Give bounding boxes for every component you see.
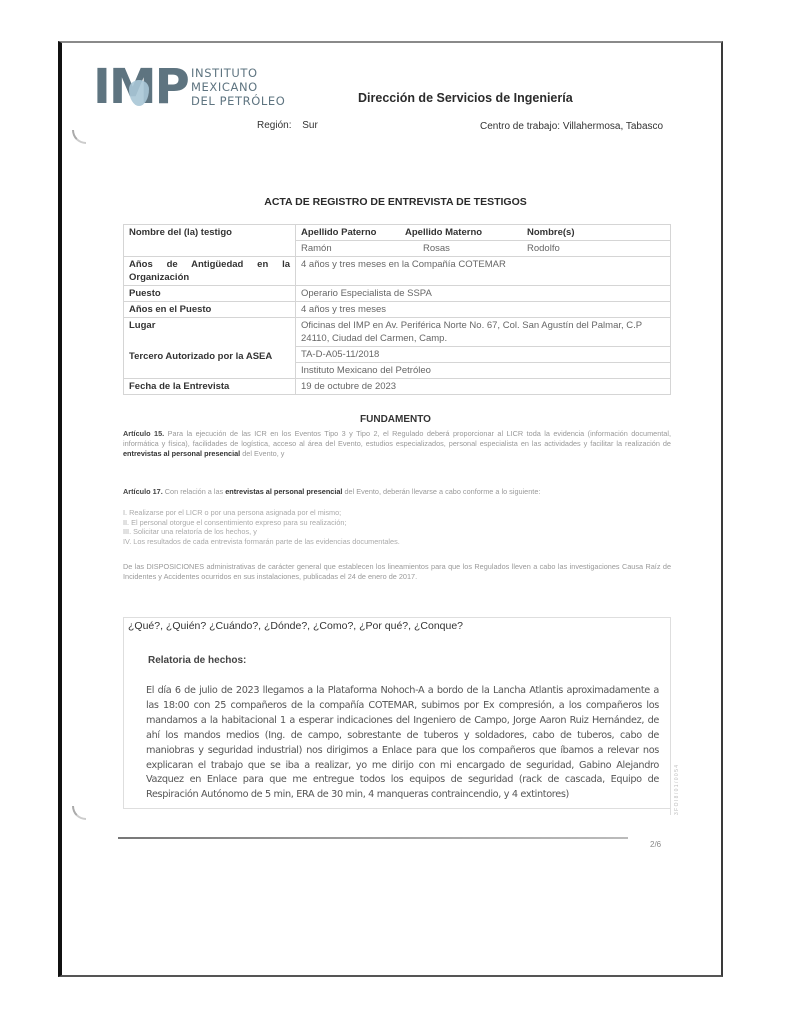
- table-row: Nombre del (la) testigo Apellido Paterno…: [124, 225, 671, 241]
- region-label: Región:: [257, 120, 291, 131]
- list-item: III. Solicitar una relatoría de los hech…: [123, 527, 671, 537]
- source-reference: De las DISPOSICIONES administrativas de …: [123, 562, 671, 582]
- row-label: Años de Antigüedad en la Organización: [124, 257, 296, 286]
- value-paterno: Ramón: [301, 242, 405, 255]
- list-item: IV. Los resultados de cada entrevista fo…: [123, 537, 671, 547]
- header-nombres: Nombre(s): [527, 226, 575, 239]
- value-nombres: Rodolfo: [527, 242, 560, 255]
- footer-rule: [118, 837, 628, 839]
- article-17-bold: entrevistas al personal presencial: [225, 487, 342, 496]
- imp-logo-text: INSTITUTO MEXICANO DEL PETRÓLEO: [191, 66, 285, 108]
- document-title-text: ACTA DE REGISTRO DE ENTREVISTA DE TESTIG…: [264, 196, 527, 208]
- region: Región: Sur: [257, 120, 318, 131]
- region-value: Sur: [302, 120, 318, 131]
- imp-logo-mark: IMP: [93, 66, 185, 108]
- table-row: Años en el Puesto 4 años y tres meses: [124, 302, 671, 318]
- imp-logo: IMP INSTITUTO MEXICANO DEL PETRÓLEO: [93, 65, 285, 109]
- row-value: 4 años y tres meses: [296, 302, 671, 318]
- article-17-tail: del Evento, deberán llevarse a cabo conf…: [344, 487, 540, 496]
- row-value: Instituto Mexicano del Petróleo: [296, 363, 671, 379]
- article-15-text: Para la ejecución de las ICR en los Even…: [123, 429, 671, 448]
- fundamento-title-text: FUNDAMENTO: [360, 414, 431, 425]
- logo-line-3: DEL PETRÓLEO: [191, 94, 285, 108]
- article-15-tail: del Evento, y: [242, 449, 284, 458]
- article-17-list: I. Realizarse por el LICR o por una pers…: [123, 508, 671, 546]
- header-materno: Apellido Materno: [405, 226, 527, 239]
- relatoria-heading: Relatoria de hechos:: [148, 655, 246, 666]
- workplace: Centro de trabajo: Villahermosa, Tabasco: [480, 121, 663, 132]
- row-label: Lugar: [124, 318, 296, 347]
- row-value: Oficinas del IMP en Av. Periférica Norte…: [296, 318, 671, 347]
- table-row: Puesto Operario Especialista de SSPA: [124, 286, 671, 302]
- table-row: Años de Antigüedad en la Organización 4 …: [124, 257, 671, 286]
- table-row: Fecha de la Entrevista 19 de octubre de …: [124, 379, 671, 395]
- direction-title: Dirección de Servicios de Ingeniería: [358, 91, 573, 105]
- row-label: Tercero Autorizado por la ASEA: [124, 347, 296, 379]
- article-17-label: Artículo 17.: [123, 487, 163, 496]
- name-values-cell: Ramón Rosas Rodolfo: [296, 241, 671, 257]
- table-row: Lugar Oficinas del IMP en Av. Periférica…: [124, 318, 671, 347]
- logo-line-2: MEXICANO: [191, 80, 285, 94]
- table-row: Tercero Autorizado por la ASEA TA-D-A05-…: [124, 347, 671, 363]
- logo-line-1: INSTITUTO: [191, 66, 285, 80]
- margin-line: [670, 700, 671, 815]
- row-value: 4 años y tres meses en la Compañía COTEM…: [296, 257, 671, 286]
- row-label: Fecha de la Entrevista: [124, 379, 296, 395]
- list-item: I. Realizarse por el LICR o por una pers…: [123, 508, 671, 518]
- questions-line: ¿Qué?, ¿Quién? ¿Cuándo?, ¿Dónde?, ¿Como?…: [128, 620, 463, 632]
- article-15: Artículo 15. Para la ejecución de las IC…: [123, 429, 671, 459]
- document-title: ACTA DE REGISTRO DE ENTREVISTA DE TESTIG…: [0, 196, 791, 208]
- side-stamp: 3 F O I 8 / 0 1 / 0 0 5 4: [674, 715, 680, 815]
- list-item: II. El personal otorgue el consentimient…: [123, 518, 671, 528]
- row-value: Operario Especialista de SSPA: [296, 286, 671, 302]
- fundamento-title: FUNDAMENTO: [0, 414, 791, 425]
- row-value: 19 de octubre de 2023: [296, 379, 671, 395]
- row-label: Años en el Puesto: [124, 302, 296, 318]
- row-value: TA-D-A05-11/2018: [296, 347, 671, 363]
- header-paterno: Apellido Paterno: [301, 226, 405, 239]
- name-headers-cell: Apellido Paterno Apellido Materno Nombre…: [296, 225, 671, 241]
- article-15-label: Artículo 15.: [123, 429, 164, 438]
- row-label: Puesto: [124, 286, 296, 302]
- witness-info-table: Nombre del (la) testigo Apellido Paterno…: [123, 224, 671, 395]
- relatoria-text: El día 6 de julio de 2023 llegamos a la …: [146, 684, 659, 803]
- article-17: Artículo 17. Con relación a las entrevis…: [123, 487, 671, 497]
- witness-label: Nombre del (la) testigo: [124, 225, 296, 257]
- page-number: 2/6: [650, 840, 661, 849]
- article-17-text: Con relación a las: [165, 487, 223, 496]
- value-materno: Rosas: [405, 242, 527, 255]
- article-15-bold: entrevistas al personal presencial: [123, 449, 240, 458]
